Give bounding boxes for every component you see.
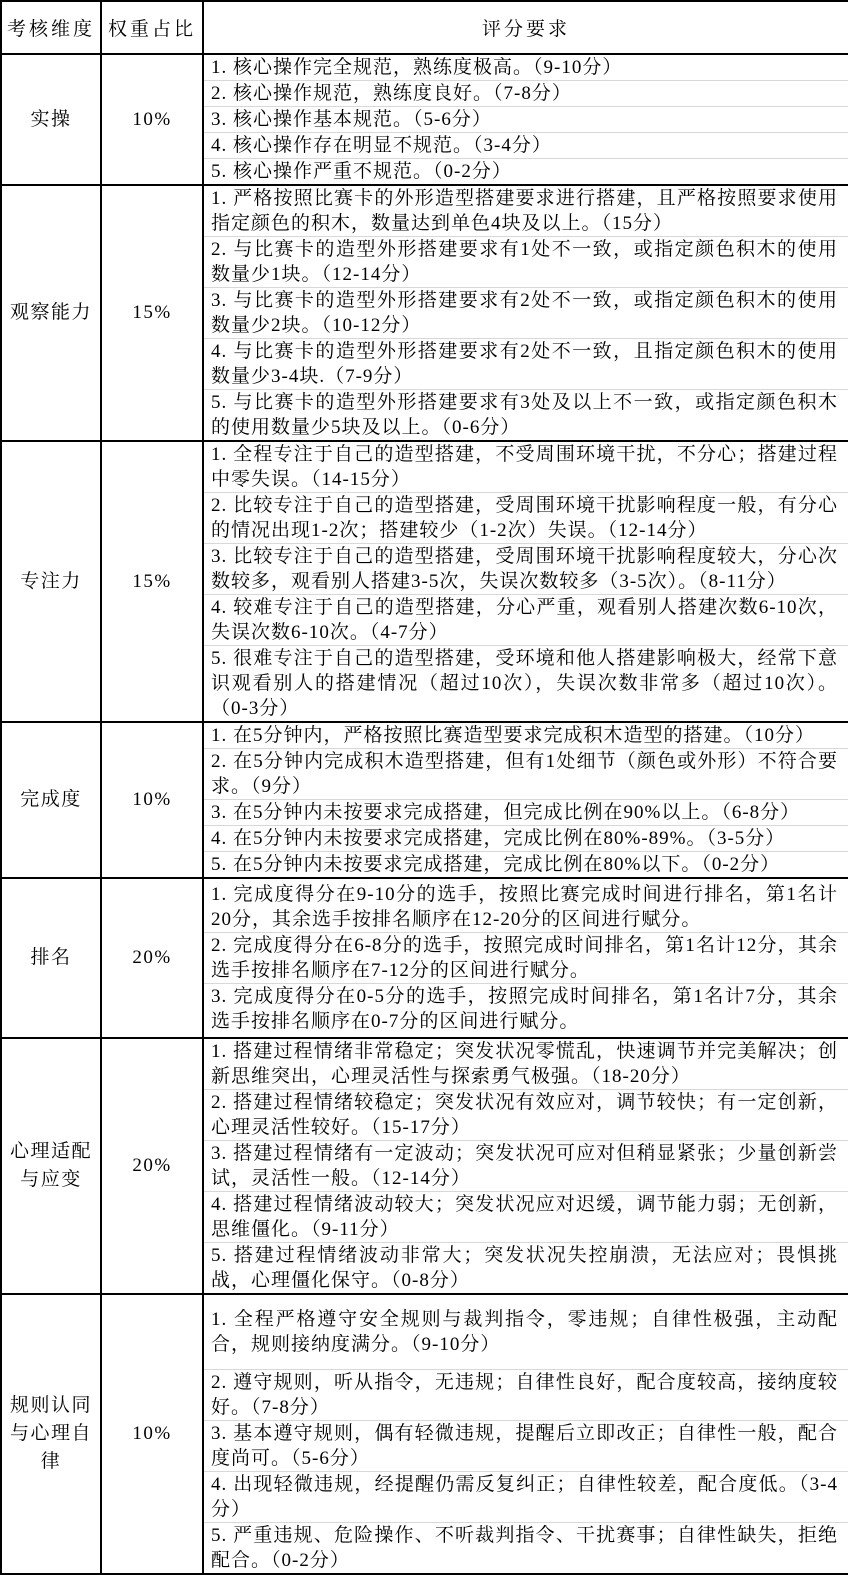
criteria-cell: 1. 在5分钟内，严格按照比赛造型要求完成积木造型的搭建。（10分） 2. 在5… xyxy=(203,722,848,878)
criterion: 2. 比较专注于自己的造型搭建，受周围环境干扰影响程度一般，有分心的情况出现1-… xyxy=(204,492,848,543)
dimension-cell: 观察能力 xyxy=(1,185,101,441)
criterion: 5. 在5分钟内未按要求完成搭建，完成比例在80%以下。（0-2分） xyxy=(204,851,848,877)
weight-cell: 10% xyxy=(101,722,203,878)
criterion: 3. 在5分钟内未按要求完成搭建，但完成比例在90%以上。（6-8分） xyxy=(204,799,848,825)
criterion: 3. 基本遵守规则，偶有轻微违规，提醒后立即改正；自律性一般，配合度尚可。（5-… xyxy=(204,1420,848,1471)
criterion: 1. 搭建过程情绪非常稳定；突发状况零慌乱，快速调节并完美解决；创新思维突出，心… xyxy=(204,1039,848,1089)
criterion: 1. 全程严格遵守安全规则与裁判指令，零违规；自律性极强，主动配合，规则接纳度满… xyxy=(204,1295,848,1369)
header-criteria: 评分要求 xyxy=(203,1,848,54)
criterion: 5. 严重违规、危险操作、不听裁判指令、干扰赛事；自律性缺失，拒绝配合。（0-2… xyxy=(204,1522,848,1573)
criterion: 5. 与比赛卡的造型外形搭建要求有3处及以上不一致，或指定颜色积木的使用数量少5… xyxy=(204,389,848,440)
table-row-paiming: 排名 20% 1. 完成度得分在9-10分的选手，按照比赛完成时间进行排名，第1… xyxy=(1,878,848,1038)
criterion: 4. 搭建过程情绪波动较大；突发状况应对迟缓，调节能力弱；无创新，思维僵化。（9… xyxy=(204,1191,848,1242)
table-row-wanchengdu: 完成度 10% 1. 在5分钟内，严格按照比赛造型要求完成积木造型的搭建。（10… xyxy=(1,722,848,878)
dimension-cell: 专注力 xyxy=(1,441,101,722)
criterion: 5. 搭建过程情绪波动非常大；突发状况失控崩溃，无法应对；畏惧挑战，心理僵化保守… xyxy=(204,1242,848,1293)
weight-cell: 15% xyxy=(101,441,203,722)
criterion: 2. 遵守规则，听从指令，无违规；自律性良好，配合度较高，接纳度较好。（7-8分… xyxy=(204,1369,848,1420)
dimension-cell: 排名 xyxy=(1,878,101,1038)
dimension-cell: 规则认同与心理自律 xyxy=(1,1294,101,1574)
dimension-cell: 实操 xyxy=(1,54,101,185)
criterion: 4. 较难专注于自己的造型搭建，分心严重，观看别人搭建次数6-10次，失误次数6… xyxy=(204,594,848,645)
header-weight: 权重占比 xyxy=(101,1,203,54)
criterion: 2. 核心操作规范，熟练度良好。（7-8分） xyxy=(204,80,848,106)
weight-cell: 10% xyxy=(101,1294,203,1574)
weight-cell: 10% xyxy=(101,54,203,185)
criterion: 1. 严格按照比赛卡的外形造型搭建要求进行搭建，且严格按照要求使用指定颜色的积木… xyxy=(204,186,848,236)
table-row-shicao: 实操 10% 1. 核心操作完全规范，熟练度极高。（9-10分） 2. 核心操作… xyxy=(1,54,848,185)
criterion: 3. 与比赛卡的造型外形搭建要求有2处不一致，或指定颜色积木的使用数量少2块。（… xyxy=(204,287,848,338)
table-row-xinli-shipei: 心理适配与应变 20% 1. 搭建过程情绪非常稳定；突发状况零慌乱，快速调节并完… xyxy=(1,1038,848,1294)
criterion: 5. 核心操作严重不规范。（0-2分） xyxy=(204,158,848,184)
criterion: 1. 核心操作完全规范，熟练度极高。（9-10分） xyxy=(204,55,848,80)
criteria-cell: 1. 全程严格遵守安全规则与裁判指令，零违规；自律性极强，主动配合，规则接纳度满… xyxy=(203,1294,848,1574)
criteria-cell: 1. 严格按照比赛卡的外形造型搭建要求进行搭建，且严格按照要求使用指定颜色的积木… xyxy=(203,185,848,441)
weight-cell: 20% xyxy=(101,878,203,1038)
weight-cell: 15% xyxy=(101,185,203,441)
scoring-rubric-table: 考核维度 权重占比 评分要求 实操 10% 1. 核心操作完全规范，熟练度极高。… xyxy=(0,0,848,1575)
weight-cell: 20% xyxy=(101,1038,203,1294)
criteria-cell: 1. 核心操作完全规范，熟练度极高。（9-10分） 2. 核心操作规范，熟练度良… xyxy=(203,54,848,185)
table-row-guancha: 观察能力 15% 1. 严格按照比赛卡的外形造型搭建要求进行搭建，且严格按照要求… xyxy=(1,185,848,441)
criteria-cell: 1. 搭建过程情绪非常稳定；突发状况零慌乱，快速调节并完美解决；创新思维突出，心… xyxy=(203,1038,848,1294)
header-dimension: 考核维度 xyxy=(1,1,101,54)
table-row-guize-renting: 规则认同与心理自律 10% 1. 全程严格遵守安全规则与裁判指令，零违规；自律性… xyxy=(1,1294,848,1574)
header-row: 考核维度 权重占比 评分要求 xyxy=(1,1,848,54)
criterion: 3. 完成度得分在0-5分的选手，按照完成时间排名，第1名计7分，其余选手按排名… xyxy=(204,983,848,1034)
criterion: 3. 核心操作基本规范。（5-6分） xyxy=(204,106,848,132)
criterion: 4. 出现轻微违规，经提醒仍需反复纠正；自律性较差，配合度低。（3-4分） xyxy=(204,1471,848,1522)
table-row-zhuanzhuli: 专注力 15% 1. 全程专注于自己的造型搭建，不受周围环境干扰，不分心；搭建过… xyxy=(1,441,848,722)
criterion: 3. 搭建过程情绪有一定波动；突发状况可应对但稍显紧张；少量创新尝试，灵活性一般… xyxy=(204,1140,848,1191)
criteria-cell: 1. 全程专注于自己的造型搭建，不受周围环境干扰，不分心；搭建过程中零失误。（1… xyxy=(203,441,848,722)
criteria-cell: 1. 完成度得分在9-10分的选手，按照比赛完成时间进行排名，第1名计20分，其… xyxy=(203,878,848,1038)
criterion: 2. 与比赛卡的造型外形搭建要求有1处不一致，或指定颜色积木的使用数量少1块。（… xyxy=(204,236,848,287)
dimension-cell: 心理适配与应变 xyxy=(1,1038,101,1294)
criterion: 3. 比较专注于自己的造型搭建，受周围环境干扰影响程度较大，分心次数较多，观看别… xyxy=(204,543,848,594)
dimension-cell: 完成度 xyxy=(1,722,101,878)
scoring-rubric-page: 考核维度 权重占比 评分要求 实操 10% 1. 核心操作完全规范，熟练度极高。… xyxy=(0,0,848,1575)
criterion: 5. 很难专注于自己的造型搭建，受环境和他人搭建影响极大，经常下意识观看别人的搭… xyxy=(204,645,848,721)
criterion: 2. 完成度得分在6-8分的选手，按照完成时间排名，第1名计12分，其余选手按排… xyxy=(204,932,848,983)
criterion: 2. 在5分钟内完成积木造型搭建，但有1处细节（颜色或外形）不符合要求。（9分） xyxy=(204,748,848,799)
criterion: 4. 核心操作存在明显不规范。（3-4分） xyxy=(204,132,848,158)
criterion: 4. 在5分钟内未按要求完成搭建，完成比例在80%-89%。（3-5分） xyxy=(204,825,848,851)
criterion: 2. 搭建过程情绪较稳定；突发状况有效应对，调节较快；有一定创新，心理灵活性较好… xyxy=(204,1089,848,1140)
criterion: 1. 全程专注于自己的造型搭建，不受周围环境干扰，不分心；搭建过程中零失误。（1… xyxy=(204,442,848,492)
criterion: 1. 在5分钟内，严格按照比赛造型要求完成积木造型的搭建。（10分） xyxy=(204,723,848,748)
criterion: 4. 与比赛卡的造型外形搭建要求有2处不一致，且指定颜色积木的使用数量少3-4块… xyxy=(204,338,848,389)
criterion: 1. 完成度得分在9-10分的选手，按照比赛完成时间进行排名，第1名计20分，其… xyxy=(204,882,848,932)
